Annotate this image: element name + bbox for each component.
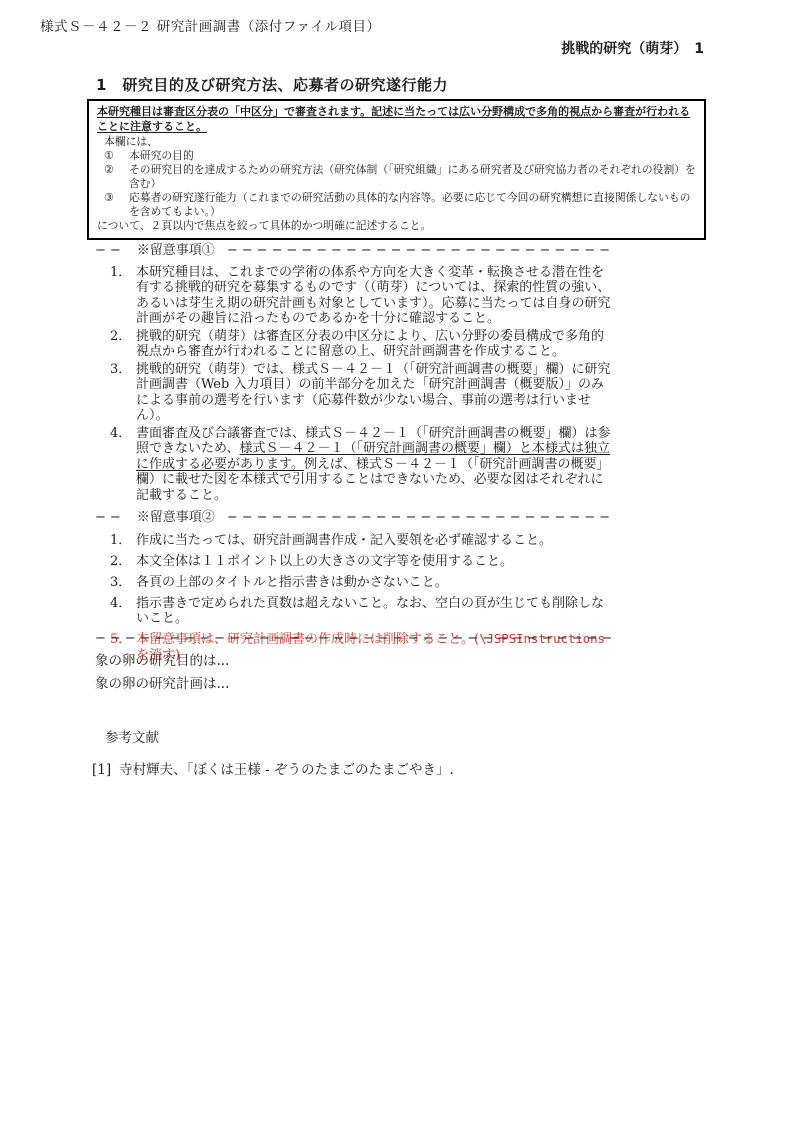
item-number: 4． <box>110 596 136 612</box>
dashed-separator: −−−−−−−−−−−−−−−−−−−−−−−−−−−−−−−−−−−−−−−−… <box>95 631 614 646</box>
item-text: 挑戦的研究（萌芽）では、様式Ｓ－４２－１（「研究計画調書の概要」欄）に研究計画調… <box>136 362 611 424</box>
body-research-plan-line: 象の卵の研究計画は... <box>95 672 229 692</box>
dash-prefix: −− <box>95 510 125 526</box>
instruction-item-1: ①本研究の目的 <box>104 149 698 163</box>
item-marker: ① <box>104 149 129 163</box>
reference-item-1: [1]寺村輝夫、「ぼくは王様 - ぞうのたまごのたまごやき」. <box>92 758 454 778</box>
item-number: 3． <box>110 362 136 378</box>
item-marker: ③ <box>104 191 129 205</box>
item-number: 4． <box>110 426 136 442</box>
item-text: 本研究の目的 <box>129 149 194 162</box>
item-number: 3． <box>110 575 136 591</box>
item-text: 作成に当たっては、研究計画調書作成・記入要領を必ず確認すること。 <box>136 533 552 548</box>
notes1-item-4: 4．書面審査及び合議審査では、様式Ｓ－４２－１（「研究計画調書の概要」欄）は参照… <box>110 426 615 504</box>
notes2-item-3: 3．各頁の上部のタイトルと指示書きは動かさないこと。 <box>110 575 615 591</box>
dash-prefix: −− <box>95 243 125 259</box>
item-text: 各頁の上部のタイトルと指示書きは動かさないこと。 <box>136 575 448 590</box>
item-text: 挑戦的研究（萌芽）は審査区分表の中区分により、広い分野の委員構成で多角的視点から… <box>136 329 604 360</box>
notes2-item-4: 4．指示書きで定められた頁数は超えないこと。なお、空白の頁が生じても削除しないこ… <box>110 596 615 627</box>
notes1-title: ※留意事項① <box>137 243 215 259</box>
form-id-line: 様式Ｓ－４２－２ 研究計画調書（添付ファイル項目） <box>40 15 381 35</box>
notes2-item-2: 2．本文全体は１１ポイント以上の大きさの文字等を使用すること。 <box>110 554 615 570</box>
instruction-item-3: ③応募者の研究遂行能力（これまでの研究活動の具体的な内容等。必要に応じて今回の研… <box>104 191 698 219</box>
instruction-intro: 本欄には、 <box>104 135 698 149</box>
reference-text: 寺村輝夫、「ぼくは王様 - ぞうのたまごのたまごやき」. <box>119 762 454 778</box>
instruction-box: 本研究種目は審査区分表の「中区分」で審査されます。記述に当たっては広い分野構成で… <box>87 99 706 240</box>
notes-section-1: −− ※留意事項① −−−−−−−−−−−−−−−−−−−−−−−−−−−−−−… <box>95 243 615 505</box>
body-research-purpose-line: 象の卵の研究目的は... <box>95 649 229 669</box>
item-text: 応募者の研究遂行能力（これまでの研究活動の具体的な内容等。必要に応じて今回の研究… <box>129 191 690 218</box>
item-number: 2． <box>110 329 136 345</box>
instruction-closing: について、２頁以内で焦点を絞って具体的かつ明確に記述すること。 <box>97 219 698 233</box>
notes2-header: −− ※留意事項② −−−−−−−−−−−−−−−−−−−−−−−−−−−−−−… <box>95 510 615 526</box>
reference-label: [1] <box>92 762 111 778</box>
section-title: 1 研究目的及び研究方法、応募者の研究遂行能力 <box>96 74 448 95</box>
document-page: 様式Ｓ－４２－２ 研究計画調書（添付ファイル項目） 挑戦的研究（萌芽） 1 1 … <box>0 0 794 1123</box>
item-marker: ② <box>104 163 129 177</box>
notes2-title: ※留意事項② <box>137 510 215 526</box>
instruction-item-2: ②その研究目的を達成するための研究方法（研究体制（「研究組織」にある研究者及び研… <box>104 163 698 191</box>
item-number: 2． <box>110 554 136 570</box>
notes1-header: −− ※留意事項① −−−−−−−−−−−−−−−−−−−−−−−−−−−−−−… <box>95 243 615 259</box>
instruction-emphasis: 本研究種目は審査区分表の「中区分」で審査されます。記述に当たっては広い分野構成で… <box>97 105 698 134</box>
notes2-item-1: 1．作成に当たっては、研究計画調書作成・記入要領を必ず確認すること。 <box>110 533 615 549</box>
item-text: その研究目的を達成するための研究方法（研究体制（「研究組織」にある研究者及び研究… <box>129 163 696 190</box>
dash-fill: −−−−−−−−−−−−−−−−−−−−−−−−−−−−−−−−−−−−−−−−… <box>227 243 615 259</box>
item-text: 本研究種目は、これまでの学術の体系や方向を大きく変革・転換させる潜在性を有する挑… <box>136 265 611 327</box>
notes1-item-1: 1．本研究種目は、これまでの学術の体系や方向を大きく変革・転換させる潜在性を有す… <box>110 265 615 327</box>
item-number: 1． <box>110 533 136 549</box>
item-text: 指示書きで定められた頁数は超えないこと。なお、空白の頁が生じても削除しないこと。 <box>136 596 604 627</box>
dash-fill: −−−−−−−−−−−−−−−−−−−−−−−−−−−−−−−−−−−−−−−−… <box>227 510 615 526</box>
references-heading: 参考文献 <box>105 726 159 746</box>
item-text: 本文全体は１１ポイント以上の大きさの文字等を使用すること。 <box>136 554 513 569</box>
notes1-item-3: 3．挑戦的研究（萌芽）では、様式Ｓ－４２－１（「研究計画調書の概要」欄）に研究計… <box>110 362 615 424</box>
page-header-category: 挑戦的研究（萌芽） 1 <box>0 38 704 58</box>
notes1-item-2: 2．挑戦的研究（萌芽）は審査区分表の中区分により、広い分野の委員構成で多角的視点… <box>110 329 615 360</box>
item-number: 1． <box>110 265 136 281</box>
